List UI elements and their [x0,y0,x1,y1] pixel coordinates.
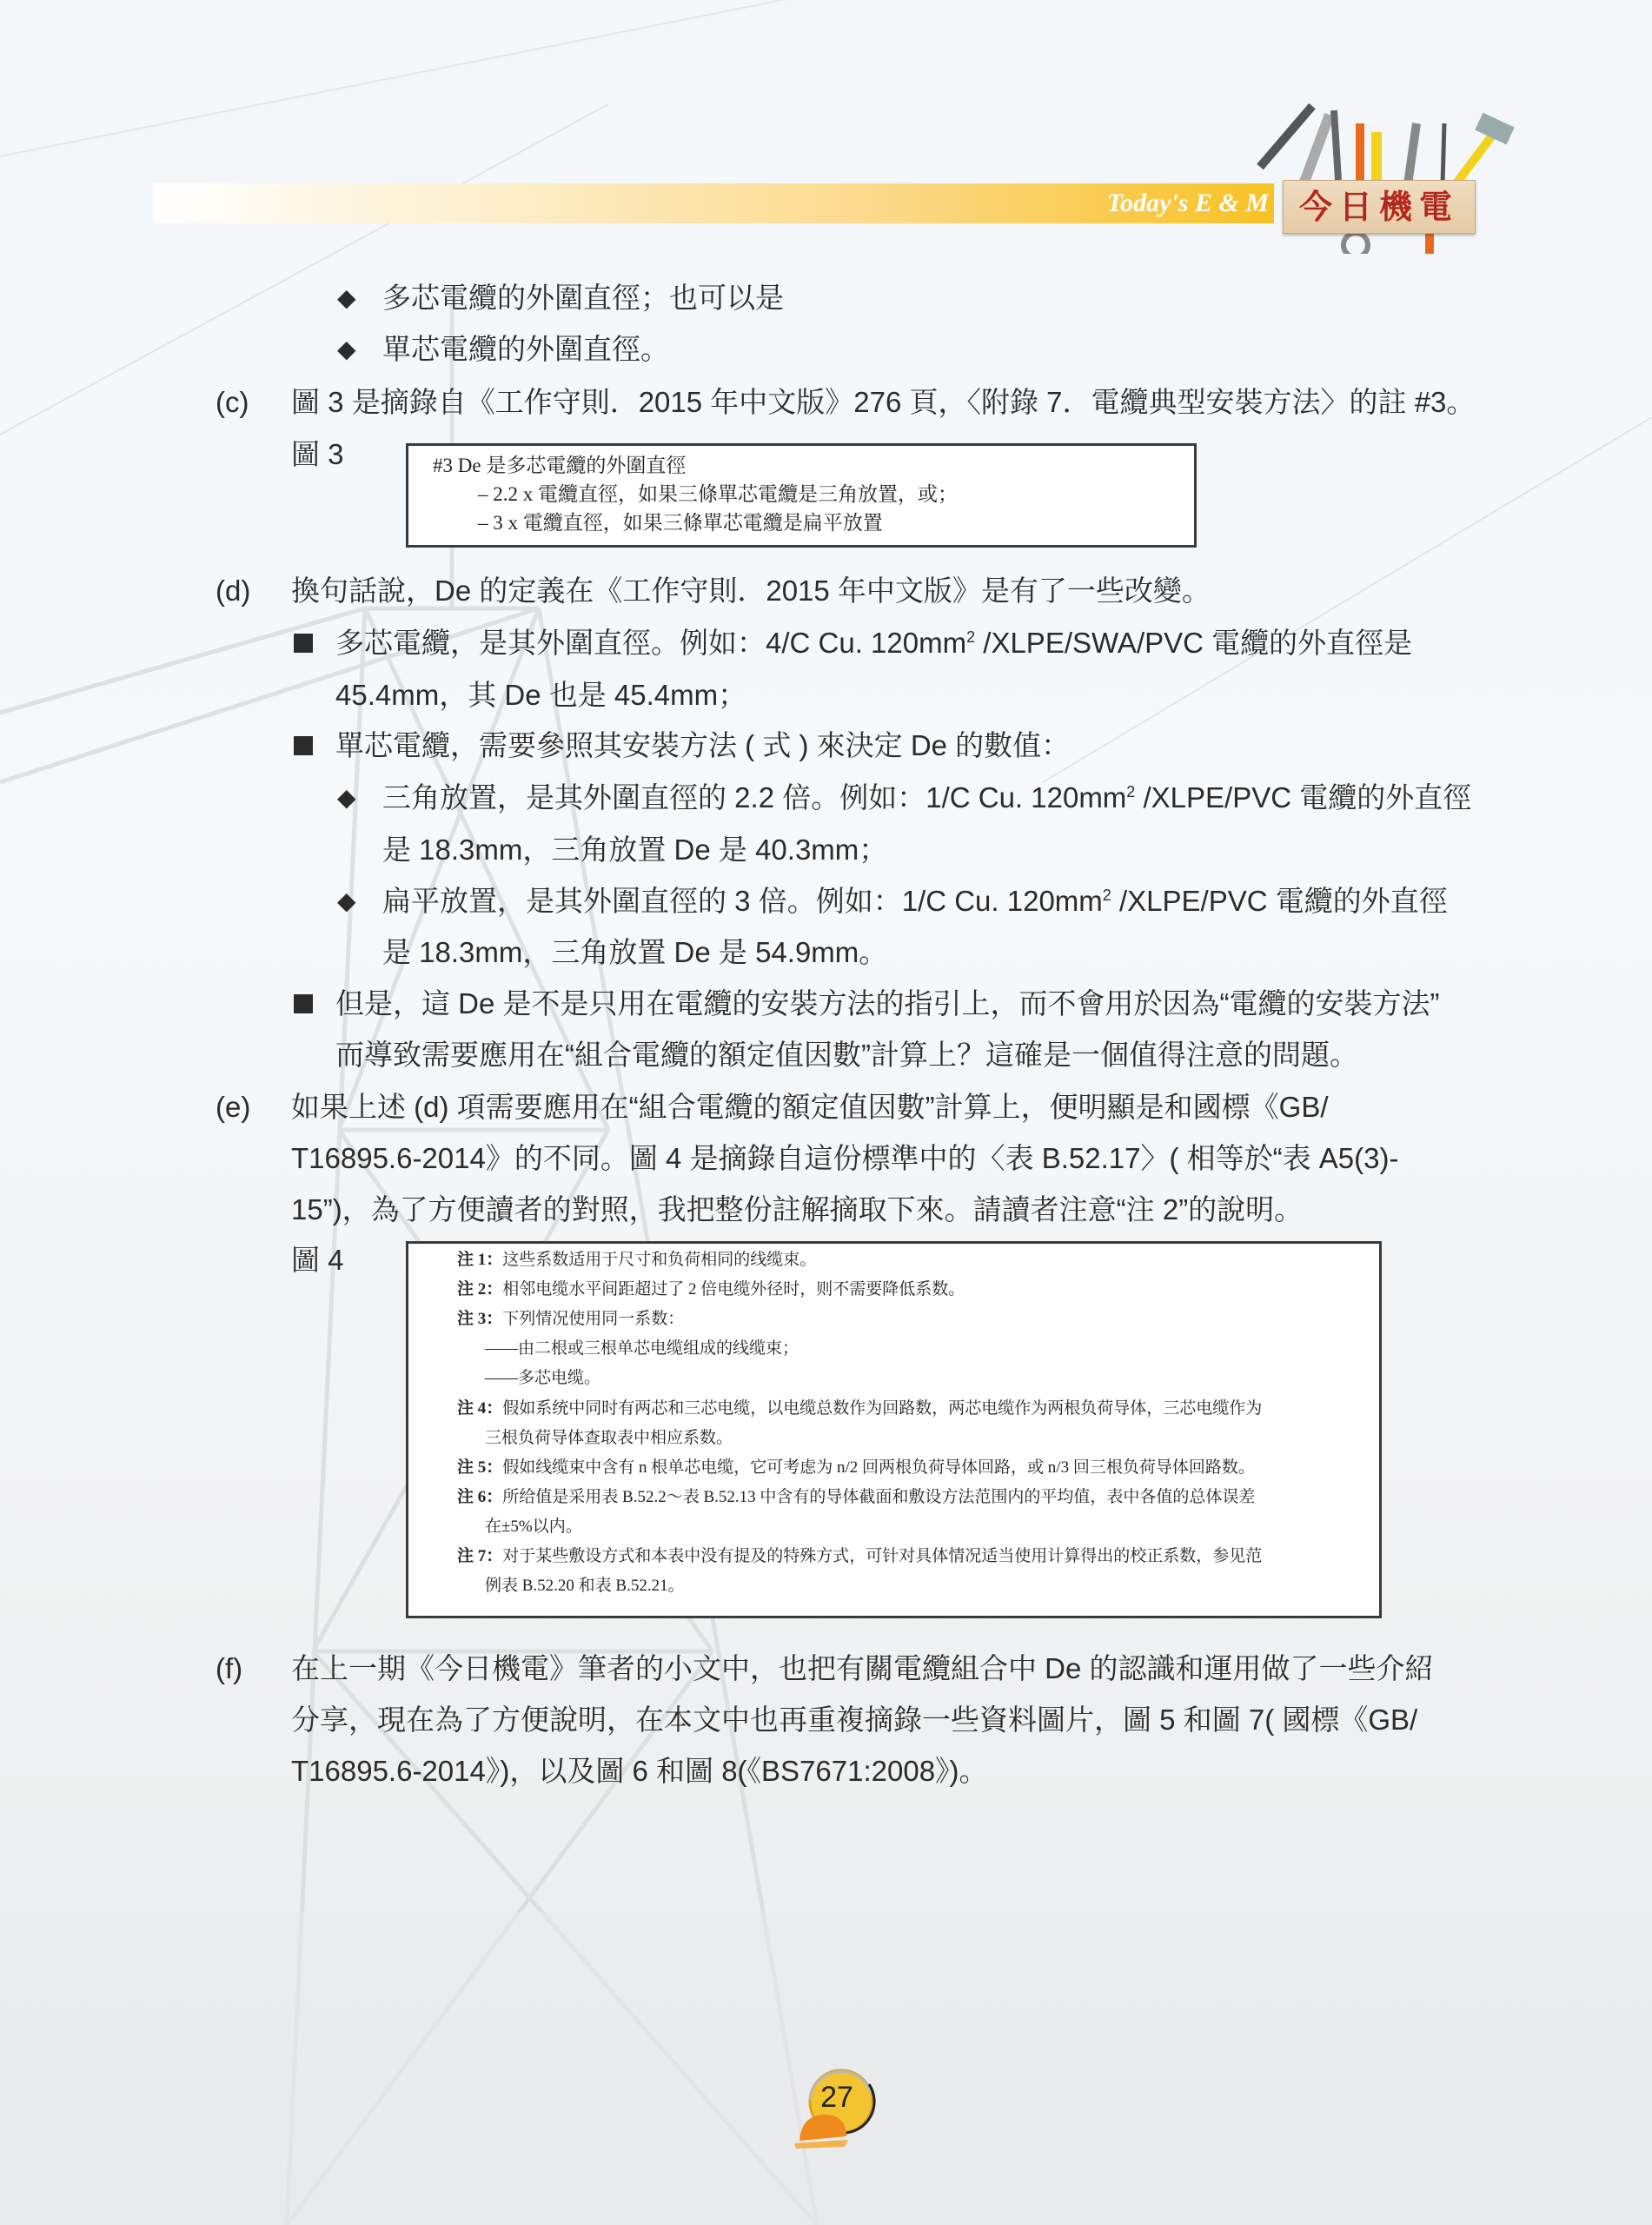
diamond-bullet-icon: ◆ [337,884,356,919]
figure-4-note-6: 注 6：所给值是采用表 B.52.2～表 B.52.13 中含有的导体截面和敷设… [457,1487,1255,1508]
section-d-subitem-1-line-2: 是 18.3mm，三角放置 De 是 40.3mm； [382,833,887,867]
section-d-text: 換句話說，De 的定義在《工作守則．2015 年中文版》是有了一些改變。 [291,574,1211,608]
section-d-item-2: 單芯電纜，需要參照其安裝方法 ( 式 ) 來決定 De 的數值： [335,728,1070,763]
section-d-item-3-line-2: 而導致需要應用在“組合電纜的額定值因數”計算上？這確是一個值得注意的問題。 [335,1038,1358,1073]
section-f-line-2: 分享，現在為了方便說明，在本文中也再重複摘錄一些資料圖片，圖 5 和圖 7( 國… [291,1703,1417,1737]
page-number: 27 [811,2081,863,2115]
figure-4-note-6-cont: 在±5%以内。 [485,1517,582,1538]
section-c-label: (c) [216,385,249,420]
section-e-label: (e) [216,1090,250,1125]
section-d-item-3-line-1: 但是，這 De 是不是只用在電纜的安裝方法的指引上，而不會用於因為“電纜的安裝方… [335,986,1440,1021]
figure-3-line-1: #3 De 是多芯電纜的外圍直徑 [433,453,686,479]
section-e-line-2: T16895.6-2014》的不同。圖 4 是摘錄自這份標準中的〈表 B.52.… [291,1141,1398,1176]
intro-bullet-2: 單芯電纜的外圍直徑。 [382,332,669,367]
section-d-subitem-2-line-2: 是 18.3mm，三角放置 De 是 54.9mm。 [382,935,887,970]
section-d-subitem-2-line-1: 扁平放置，是其外圍直徑的 3 倍。例如：1/C Cu. 120mm2 /XLPE… [382,884,1448,919]
section-d-item-1-line-1: 多芯電纜，是其外圍直徑。例如：4/C Cu. 120mm2 /XLPE/SWA/… [335,626,1412,661]
figure-4-note-2: 注 2：相邻电缆水平间距超过了 2 倍电缆外径时，则不需要降低系数。 [457,1279,965,1300]
figure-4-box: 注 1：这些系数适用于尺寸和负荷相同的线缆束。 注 2：相邻电缆水平间距超过了 … [406,1241,1382,1618]
figure-4-note-4: 注 4：假如系统中同时有两芯和三芯电缆，以电缆总数作为回路数，两芯电缆作为两根负… [457,1398,1262,1419]
figure-3-line-3: – 3 x 電纜直徑，如果三條單芯電纜是扁平放置 [478,510,883,536]
figure-4-note-1: 注 1：这些系数适用于尺寸和负荷相同的线缆束。 [457,1250,816,1271]
figure-4-label: 圖 4 [291,1243,344,1278]
figure-4-note-7: 注 7：对于某些敷设方式和本表中没有提及的特殊方式，可针对具体情况适当使用计算得… [457,1546,1262,1567]
figure-4-note-3-sub-2: ——多芯电缆。 [485,1368,600,1389]
figure-3-box: #3 De 是多芯電纜的外圍直徑 – 2.2 x 電纜直徑，如果三條單芯電纜是三… [406,443,1197,548]
figure-4-note-3: 注 3：下列情况使用同一系数： [457,1309,684,1330]
square-bullet-icon [294,736,313,755]
section-d-subitem-1-line-1: 三角放置，是其外圍直徑的 2.2 倍。例如：1/C Cu. 120mm2 /XL… [382,780,1471,815]
figure-4-note-4-cont: 三根负荷导体查取表中相应系数。 [485,1428,733,1449]
diamond-bullet-icon: ◆ [337,332,356,367]
figure-4-note-5: 注 5：假如线缆束中含有 n 根单芯电缆，它可考虑为 n/2 回两根负荷导体回路… [457,1458,1255,1478]
square-bullet-icon [294,994,313,1013]
intro-bullet-1: 多芯電纜的外圍直徑；也可以是 [382,281,784,315]
section-c-text: 圖 3 是摘錄自《工作守則．2015 年中文版》276 頁，〈附錄 7．電纜典型… [291,385,1475,420]
section-f-line-3: T16895.6-2014》)，以及圖 6 和圖 8(《BS7671:2008》… [291,1754,988,1789]
figure-3-line-2: – 2.2 x 電纜直徑，如果三條單芯電纜是三角放置，或； [478,482,958,508]
diamond-bullet-icon: ◆ [337,780,356,815]
square-bullet-icon [294,634,313,653]
header-title-zh: 今日機電 [1283,180,1476,234]
section-e-line-1: 如果上述 (d) 項需要應用在“組合電纜的額定值因數”計算上，便明顯是和國標《G… [291,1090,1329,1125]
figure-3-label: 圖 3 [291,437,344,472]
section-d-item-1-line-2: 45.4mm，其 De 也是 45.4mm； [335,678,746,713]
section-d-label: (d) [216,574,250,608]
section-e-line-3: 15”)，為了方便讀者的對照，我把整份註解摘取下來。請讀者注意“注 2”的說明。 [291,1192,1303,1227]
figure-4-note-7-cont: 例表 B.52.20 和表 B.52.21。 [485,1576,685,1597]
figure-4-note-3-sub-1: ——由二根或三根单芯电缆组成的线缆束； [485,1338,799,1359]
diamond-bullet-icon: ◆ [337,281,356,315]
section-f-line-1: 在上一期《今日機電》筆者的小文中，也把有關電纜組合中 De 的認識和運用做了一些… [291,1651,1434,1686]
section-f-label: (f) [216,1651,242,1686]
